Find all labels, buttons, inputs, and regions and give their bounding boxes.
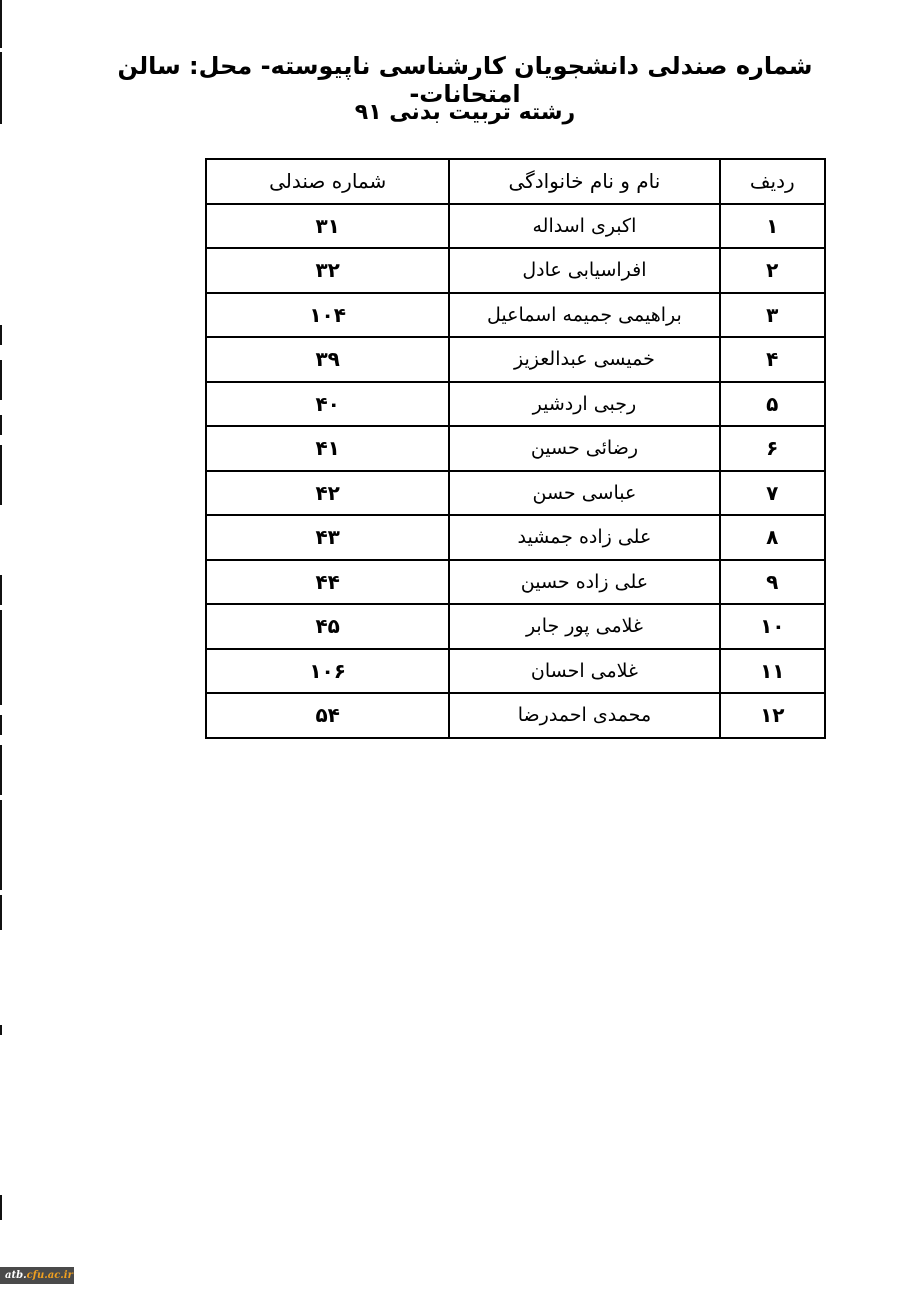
seat-number: ۳۱: [206, 204, 449, 249]
seat-number: ۴۴: [206, 560, 449, 605]
scan-edge-mark: [0, 1195, 2, 1220]
student-name: عباسی حسن: [449, 471, 719, 516]
seat-number: ۳۲: [206, 248, 449, 293]
header-full-name: نام و نام خانوادگی: [449, 159, 719, 204]
row-number: ۸: [720, 515, 825, 560]
row-number: ۲: [720, 248, 825, 293]
scan-edge-mark: [0, 52, 2, 124]
table-row: ۲ افراسیابی عادل ۳۲: [206, 248, 825, 293]
scan-edge-mark: [0, 745, 2, 795]
watermark-prefix: atb.: [5, 1270, 27, 1281]
student-name: غلامی احسان: [449, 649, 719, 694]
row-number: ۱۲: [720, 693, 825, 738]
scan-edge-mark: [0, 0, 2, 48]
table-row: ۵ رجبی اردشیر ۴۰: [206, 382, 825, 427]
seat-number: ۴۳: [206, 515, 449, 560]
table-row: ۸ علی زاده جمشید ۴۳: [206, 515, 825, 560]
scan-edge-mark: [0, 610, 2, 705]
header-row-number: ردیف: [720, 159, 825, 204]
table-row: ۹ علی زاده حسین ۴۴: [206, 560, 825, 605]
student-name: علی زاده جمشید: [449, 515, 719, 560]
row-number: ۱۱: [720, 649, 825, 694]
scan-edge-mark: [0, 895, 2, 930]
student-name: رجبی اردشیر: [449, 382, 719, 427]
student-name: اکبری اسداله: [449, 204, 719, 249]
seat-assignment-table: ردیف نام و نام خانوادگی شماره صندلی ۱ اک…: [205, 158, 826, 739]
seat-number: ۴۲: [206, 471, 449, 516]
scan-edge-mark: [0, 1025, 2, 1035]
scan-edge-mark: [0, 575, 2, 605]
table-row: ۶ رضائی حسین ۴۱: [206, 426, 825, 471]
row-number: ۷: [720, 471, 825, 516]
seat-number: ۴۰: [206, 382, 449, 427]
scan-edge-mark: [0, 415, 2, 435]
row-number: ۱۰: [720, 604, 825, 649]
header-seat-number: شماره صندلی: [206, 159, 449, 204]
student-name: رضائی حسین: [449, 426, 719, 471]
watermark-domain: cfu.ac.ir: [27, 1270, 73, 1281]
student-name: افراسیابی عادل: [449, 248, 719, 293]
seat-number: ۴۵: [206, 604, 449, 649]
table-row: ۱۰ غلامی پور جابر ۴۵: [206, 604, 825, 649]
row-number: ۶: [720, 426, 825, 471]
site-watermark: atb.cfu.ac.ir: [0, 1267, 74, 1284]
student-name: غلامی پور جابر: [449, 604, 719, 649]
seat-number: ۱۰۶: [206, 649, 449, 694]
row-number: ۳: [720, 293, 825, 338]
row-number: ۴: [720, 337, 825, 382]
seat-number: ۵۴: [206, 693, 449, 738]
student-name: خمیسی عبدالعزیز: [449, 337, 719, 382]
scan-edge-mark: [0, 800, 2, 890]
student-name: براهیمی جمیمه اسماعیل: [449, 293, 719, 338]
document-subtitle: رشته تربیت بدنی ۹۱: [100, 100, 830, 125]
table-header-row: ردیف نام و نام خانوادگی شماره صندلی: [206, 159, 825, 204]
row-number: ۱: [720, 204, 825, 249]
scan-edge-mark: [0, 445, 2, 505]
scanned-page: شماره صندلی دانشجویان کارشناسی ناپیوسته-…: [0, 0, 900, 1293]
table-row: ۱۲ محمدی احمدرضا ۵۴: [206, 693, 825, 738]
seat-number: ۳۹: [206, 337, 449, 382]
seat-number: ۱۰۴: [206, 293, 449, 338]
scan-edge-mark: [0, 715, 2, 735]
student-name: علی زاده حسین: [449, 560, 719, 605]
table-row: ۱ اکبری اسداله ۳۱: [206, 204, 825, 249]
scan-edge-mark: [0, 360, 2, 400]
table-row: ۷ عباسی حسن ۴۲: [206, 471, 825, 516]
row-number: ۹: [720, 560, 825, 605]
student-name: محمدی احمدرضا: [449, 693, 719, 738]
seat-number: ۴۱: [206, 426, 449, 471]
table-row: ۴ خمیسی عبدالعزیز ۳۹: [206, 337, 825, 382]
table-row: ۱۱ غلامی احسان ۱۰۶: [206, 649, 825, 694]
scan-edge-mark: [0, 325, 2, 345]
row-number: ۵: [720, 382, 825, 427]
table-row: ۳ براهیمی جمیمه اسماعیل ۱۰۴: [206, 293, 825, 338]
